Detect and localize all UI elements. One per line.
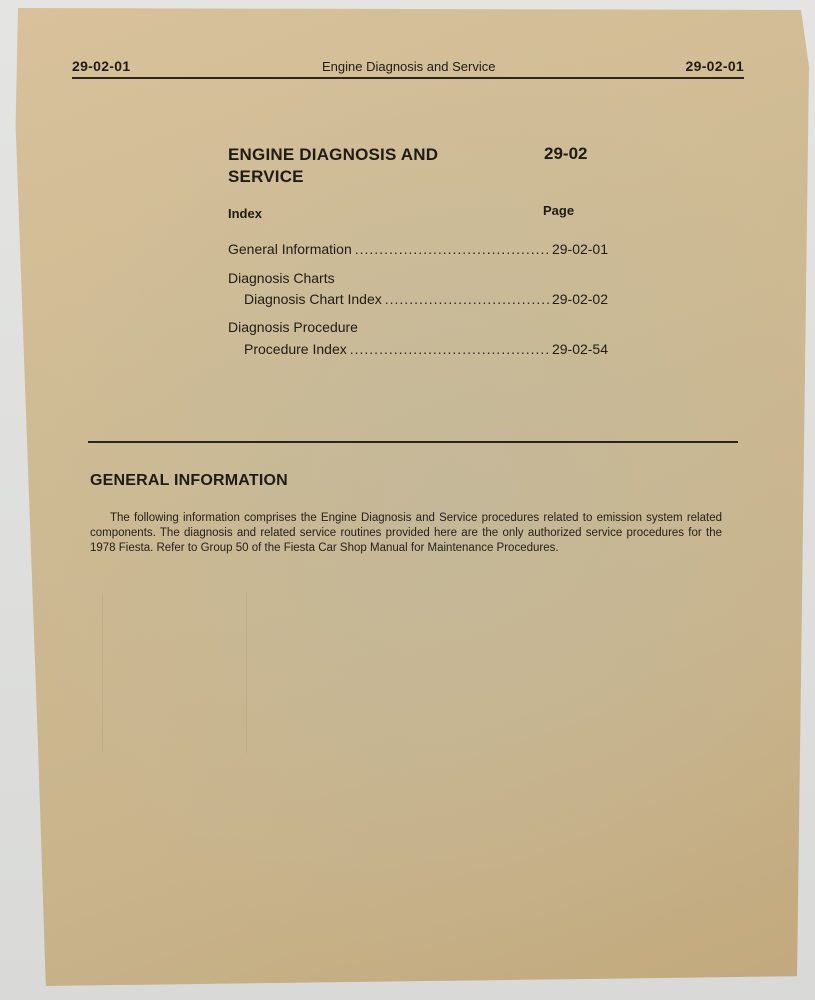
toc-entry-label: Procedure Index xyxy=(244,341,347,357)
header-page-number-left: 29-02-01 xyxy=(72,58,130,74)
header-page-number-right: 29-02-01 xyxy=(686,58,744,74)
header-title: Engine Diagnosis and Service xyxy=(322,59,495,74)
toc-entry-label: General Information xyxy=(228,241,352,257)
dot-leader xyxy=(385,291,549,307)
toc-group-diagnosis-charts: Diagnosis Charts xyxy=(228,270,335,286)
toc-entry-page: 29-02-54 xyxy=(552,341,608,357)
toc-entry-page: 29-02-01 xyxy=(552,241,608,257)
general-information-body: The following information comprises the … xyxy=(90,511,722,556)
toc-entry-label: Diagnosis Chart Index xyxy=(244,291,382,307)
toc-entry-diagnosis-chart-index[interactable]: Diagnosis Chart Index 29-02-02 xyxy=(244,291,608,307)
bleed-through-rule xyxy=(102,593,103,753)
section-title-line-2: SERVICE xyxy=(228,166,488,188)
dot-leader xyxy=(350,341,549,357)
toc-group-diagnosis-procedure: Diagnosis Procedure xyxy=(228,319,358,335)
section-number: 29-02 xyxy=(544,144,587,164)
bleed-through-rule xyxy=(246,593,247,753)
general-information-heading: GENERAL INFORMATION xyxy=(90,472,288,490)
toc-entry-procedure-index[interactable]: Procedure Index 29-02-54 xyxy=(244,341,608,357)
header-divider xyxy=(72,77,744,79)
index-column-label: Index xyxy=(228,206,262,221)
toc-entry-page: 29-02-02 xyxy=(552,291,608,307)
section-divider xyxy=(88,441,738,443)
page-column-label: Page xyxy=(543,203,574,218)
toc-entry-general-information[interactable]: General Information 29-02-01 xyxy=(228,241,608,257)
section-title-line-1: ENGINE DIAGNOSIS AND xyxy=(228,144,488,166)
section-title: ENGINE DIAGNOSIS AND SERVICE xyxy=(228,144,488,188)
dot-leader xyxy=(355,241,549,257)
